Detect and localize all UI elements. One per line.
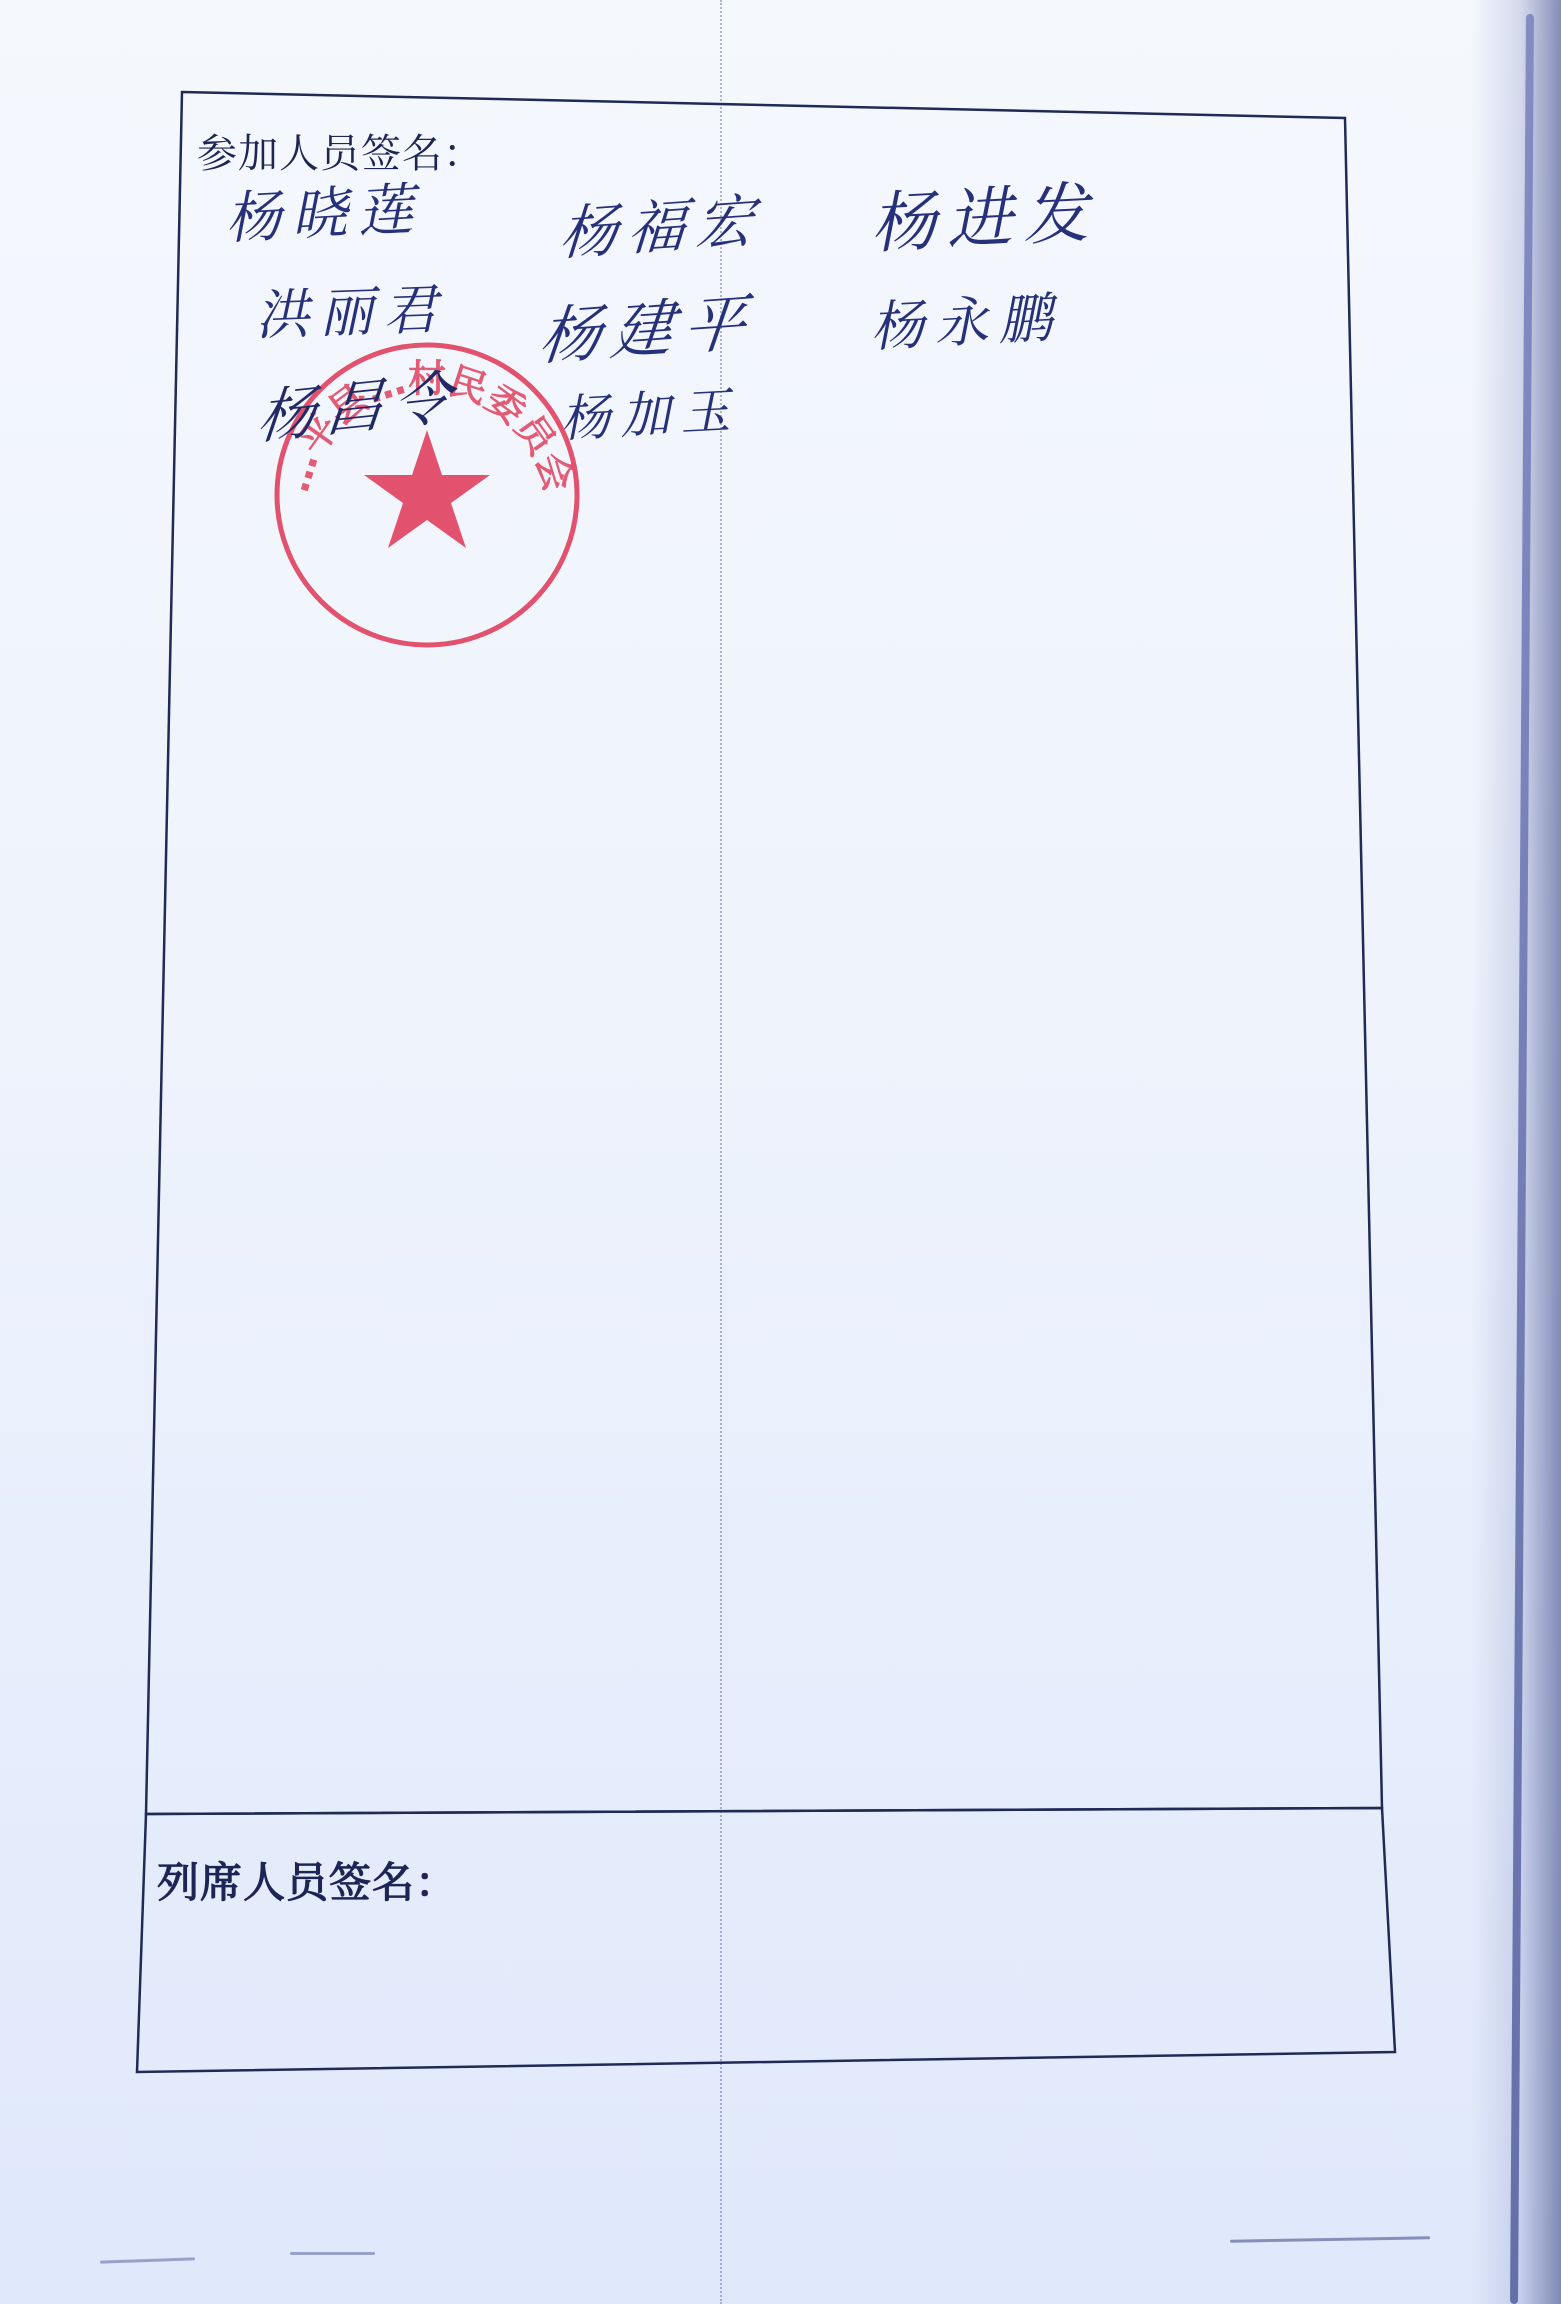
signature: 杨永鹏 — [868, 275, 1064, 362]
star-icon — [364, 430, 490, 548]
signature-sheet-page: 参加人员签名： 杨晓莲 杨福宏 杨进发 洪丽君 杨建平 杨永鹏 …平县…村民委员… — [0, 0, 1561, 2304]
signature: 杨进发 — [868, 159, 1101, 266]
form-frame — [0, 0, 1561, 2304]
stray-mark — [290, 2252, 375, 2255]
signature: 杨福宏 — [557, 173, 766, 272]
signature: 杨晓莲 — [223, 165, 425, 255]
observers-box — [137, 1808, 1395, 2072]
observers-heading: 列席人员签名： — [157, 1850, 458, 1910]
signature: 杨加玉 — [558, 370, 742, 451]
